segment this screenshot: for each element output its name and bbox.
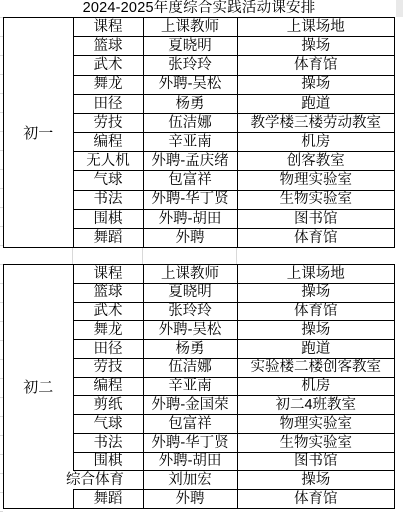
spreadsheet-page: 2024-2025年度综合实践活动课安排 初一 课程上课教师上课场地篮球夏晓明操… (0, 0, 403, 512)
teacher-cell: 伍洁娜 (143, 359, 237, 377)
teacher-cell: 张玲玲 (143, 303, 237, 321)
table-row: 剪纸外聘-金国荣初二4班教室 (73, 395, 395, 414)
teacher-cell: 外聘-胡田 (143, 210, 237, 228)
table-row: 综合体育刘加宏操场 (73, 470, 395, 489)
table-row: 田径杨勇跑道 (73, 339, 395, 358)
teacher-cell: 夏晓明 (143, 284, 237, 302)
course-cell: 舞蹈 (73, 229, 143, 247)
teacher-cell: 辛亚南 (143, 133, 237, 151)
column-header: 课程 (73, 18, 143, 36)
column-header: 课程 (73, 265, 143, 283)
grade7-schedule-table: 初一 课程上课教师上课场地篮球夏晓明操场武术张玲玲体育馆舞龙外聘-吴松操场田径杨… (3, 17, 395, 248)
venue-cell: 机房 (237, 133, 395, 151)
course-cell: 篮球 (73, 284, 143, 302)
course-cell: 舞蹈 (73, 490, 143, 508)
course-cell: 舞龙 (73, 321, 143, 339)
course-cell: 劳技 (73, 359, 143, 377)
course-cell: 气球 (73, 415, 143, 433)
venue-cell: 跑道 (237, 95, 395, 113)
table-row: 舞蹈外聘体育馆 (73, 228, 395, 247)
venue-cell: 体育馆 (237, 56, 395, 74)
teacher-cell: 刘加宏 (143, 471, 237, 489)
table-row: 舞龙外聘-吴松操场 (73, 75, 395, 94)
course-cell: 书法 (73, 191, 143, 209)
table-rows: 课程上课教师上课场地篮球夏晓明操场武术张玲玲体育馆舞龙外聘-吴松操场田径杨勇跑道… (73, 18, 395, 247)
venue-cell: 操场 (237, 284, 395, 302)
corner-fragment (396, 0, 403, 17)
venue-cell: 生物实验室 (237, 434, 395, 452)
course-cell: 武术 (73, 303, 143, 321)
table-row: 气球包富祥物理实验室 (73, 170, 395, 189)
header-row: 课程上课教师上课场地 (73, 18, 395, 36)
table-row: 书法外聘-华丁贤生物实验室 (73, 433, 395, 452)
table-row: 田径杨勇跑道 (73, 94, 395, 113)
teacher-cell: 外聘 (143, 490, 237, 508)
column-header: 上课教师 (143, 18, 237, 36)
table-rows: 课程上课教师上课场地篮球夏晓明操场武术张玲玲体育馆舞龙外聘-吴松操场田径杨勇跑道… (73, 265, 395, 508)
table-row: 劳技伍洁娜实验楼二楼创客教室 (73, 358, 395, 377)
course-cell: 综合体育 (60, 471, 130, 489)
venue-cell: 创客教室 (237, 152, 395, 170)
table-row: 武术张玲玲体育馆 (73, 55, 395, 74)
teacher-cell: 外聘-华丁贤 (143, 191, 237, 209)
course-cell: 编程 (73, 133, 143, 151)
table-row: 编程辛亚南机房 (73, 377, 395, 396)
course-cell: 围棋 (73, 453, 143, 471)
table-row: 无人机外聘-孟庆绪创客教室 (73, 151, 395, 170)
teacher-cell: 外聘-胡田 (143, 453, 237, 471)
column-header: 上课场地 (237, 18, 395, 36)
teacher-cell: 外聘-孟庆绪 (143, 152, 237, 170)
grade8-schedule-table: 初二 课程上课教师上课场地篮球夏晓明操场武术张玲玲体育馆舞龙外聘-吴松操场田径杨… (3, 264, 395, 509)
header-row: 课程上课教师上课场地 (73, 265, 395, 283)
teacher-cell: 杨勇 (143, 95, 237, 113)
table-row: 武术张玲玲体育馆 (73, 302, 395, 321)
venue-cell: 物理实验室 (237, 415, 395, 433)
column-header: 上课场地 (237, 265, 395, 283)
gridline (72, 248, 73, 264)
table-row: 舞蹈外聘体育馆 (73, 489, 395, 508)
course-cell: 无人机 (73, 152, 143, 170)
venue-cell: 操场 (237, 321, 395, 339)
teacher-cell: 夏晓明 (143, 37, 237, 55)
teacher-cell: 包富祥 (143, 415, 237, 433)
course-cell: 编程 (73, 378, 143, 396)
venue-cell: 操场 (237, 76, 395, 94)
course-cell: 田径 (73, 95, 143, 113)
venue-cell: 机房 (237, 378, 395, 396)
venue-cell: 操场 (237, 37, 395, 55)
venue-cell: 操场 (237, 471, 395, 489)
teacher-cell: 张玲玲 (143, 56, 237, 74)
venue-cell: 教学楼三楼劳动教室 (237, 114, 395, 132)
venue-cell: 生物实验室 (237, 191, 395, 209)
gridline (142, 248, 143, 264)
table-row: 书法外聘-华丁贤生物实验室 (73, 190, 395, 209)
venue-cell: 物理实验室 (237, 171, 395, 189)
teacher-cell: 外聘-吴松 (143, 321, 237, 339)
teacher-cell: 外聘 (143, 229, 237, 247)
teacher-cell: 杨勇 (143, 340, 237, 358)
course-cell: 劳技 (73, 114, 143, 132)
venue-cell: 图书馆 (237, 210, 395, 228)
course-cell: 舞龙 (73, 76, 143, 94)
venue-cell: 体育馆 (237, 490, 395, 508)
venue-cell: 体育馆 (237, 229, 395, 247)
course-cell: 书法 (73, 434, 143, 452)
course-cell: 气球 (73, 171, 143, 189)
table-row: 篮球夏晓明操场 (73, 283, 395, 302)
table-row: 气球包富祥物理实验室 (73, 414, 395, 433)
schedule-document: 2024-2025年度综合实践活动课安排 初一 课程上课教师上课场地篮球夏晓明操… (3, 0, 395, 509)
table-row: 编程辛亚南机房 (73, 132, 395, 151)
table-row: 围棋外聘-胡田图书馆 (73, 452, 395, 471)
column-header: 上课教师 (143, 265, 237, 283)
course-cell: 田径 (73, 340, 143, 358)
course-cell: 武术 (73, 56, 143, 74)
grade-label: 初一 (4, 18, 73, 247)
table-row: 篮球夏晓明操场 (73, 36, 395, 55)
venue-cell: 实验楼二楼创客教室 (237, 359, 395, 377)
venue-cell: 初二4班教室 (237, 396, 395, 414)
table-separator (3, 248, 395, 264)
teacher-cell: 外聘-华丁贤 (143, 434, 237, 452)
teacher-cell: 伍洁娜 (143, 114, 237, 132)
course-cell: 围棋 (73, 210, 143, 228)
course-cell: 剪纸 (73, 396, 143, 414)
venue-cell: 体育馆 (237, 303, 395, 321)
venue-cell: 图书馆 (237, 453, 395, 471)
venue-cell: 跑道 (237, 340, 395, 358)
teacher-cell: 包富祥 (143, 171, 237, 189)
gridline (236, 248, 237, 264)
teacher-cell: 外聘-吴松 (143, 76, 237, 94)
teacher-cell: 辛亚南 (143, 378, 237, 396)
course-cell: 篮球 (73, 37, 143, 55)
table-row: 劳技伍洁娜教学楼三楼劳动教室 (73, 113, 395, 132)
table-row: 围棋外聘-胡田图书馆 (73, 209, 395, 228)
table-row: 舞龙外聘-吴松操场 (73, 320, 395, 339)
page-title: 2024-2025年度综合实践活动课安排 (3, 0, 395, 17)
teacher-cell: 外聘-金国荣 (143, 396, 237, 414)
